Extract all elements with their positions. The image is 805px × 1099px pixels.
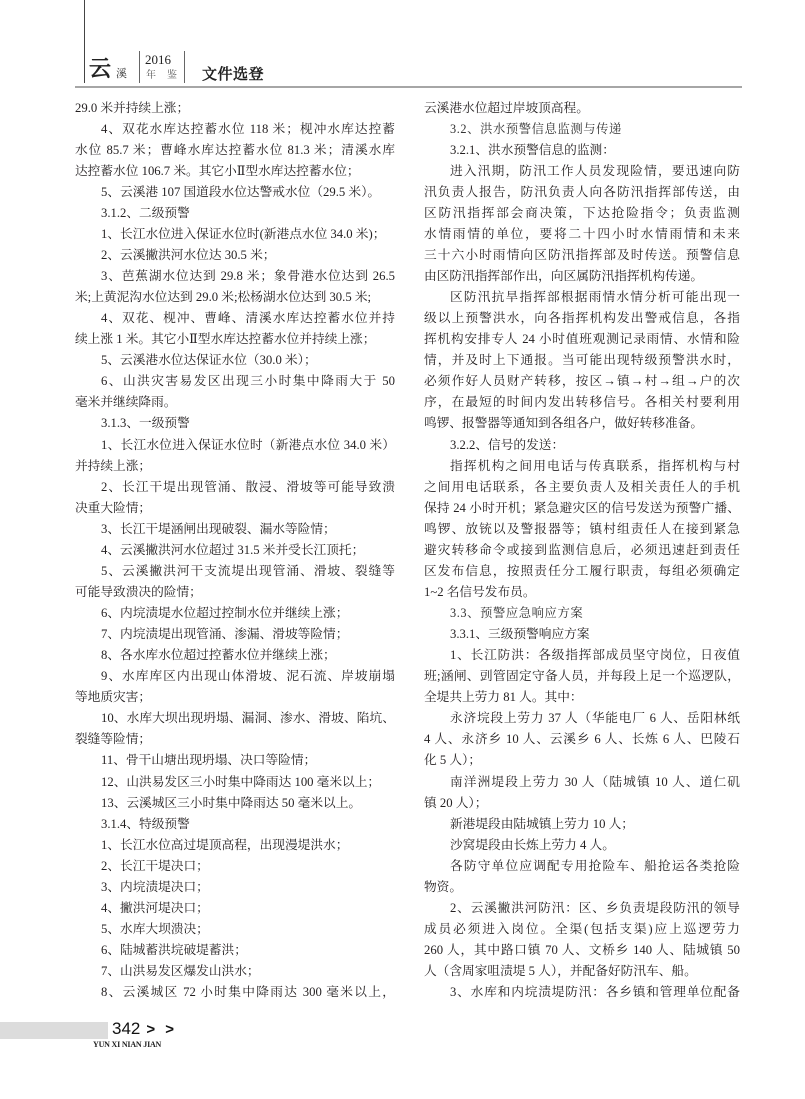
paragraph: 12、山洪易发区三小时集中降雨达 100 毫米以上； <box>75 772 395 793</box>
text-line: 4、双花、枧冲、曹峰、清溪水库达控蓄水位并持 <box>75 308 395 329</box>
text-line: 3.3.1、三级预警响应方案 <box>424 624 740 645</box>
text-line: 3.2、洪水预警信息监测与传递 <box>424 119 740 140</box>
paragraph: 4、双花、枧冲、曹峰、清溪水库达控蓄水位并持续上涨 1 米。其它小Ⅱ型水库达控蓄… <box>75 308 395 350</box>
text-line: 进入汛期，防汛工作人员发现险情，要迅速向防 <box>424 161 740 182</box>
text-line: 1、长江防洪：各级指挥部成员坚守岗位，日夜值 <box>424 645 740 666</box>
text-line: 全堤共上劳力 81 人。其中： <box>424 687 740 708</box>
paragraph: 4、双花水库达控蓄水位 118 米；枧冲水库达控蓄水位 85.7 米；曹峰水库达… <box>75 119 395 182</box>
paragraph: 3、内垸渍堤决口； <box>75 877 395 898</box>
section-heading: 3.3、预警应急响应方案 <box>424 603 740 624</box>
text-line: 4、云溪撇洪河水位超过 31.5 米并受长江顶托； <box>75 540 395 561</box>
paragraph: 沙窝堤段由长炼上劳力 4 人。 <box>424 835 740 856</box>
text-line: 3、长江干堤涵闸出现破裂、漏水等险情； <box>75 519 395 540</box>
paragraph: 南洋洲堤段上劳力 30 人（陆城镇 10 人、道仁矶镇 20 人）； <box>424 772 740 814</box>
text-line: 6、山洪灾害易发区出现三小时集中降雨大于 50 <box>75 371 395 392</box>
header-divider <box>139 51 140 83</box>
text-line: 物资。 <box>424 877 740 898</box>
text-line: 毫米并继续降雨。 <box>75 392 395 413</box>
text-line: 5、云溪港 107 国道段水位达警戒水位（29.5 米）。 <box>75 182 395 203</box>
paragraph: 11、骨干山塘出现坍塌、决口等险情； <box>75 750 395 771</box>
text-line: 2、长江干堤决口； <box>75 856 395 877</box>
paragraph: 1、长江防洪：各级指挥部成员坚守岗位，日夜值班;涵闸、剅管固定守备人员，并每段上… <box>424 645 740 708</box>
subsection-heading: 3.2.2、信号的发送： <box>424 435 740 456</box>
text-line: 保持 24 小时开机；紧急避灾区的信号发送为预警广播、 <box>424 498 740 519</box>
paragraph: 区防汛抗旱指挥部根据雨情水情分析可能出现一级以上预警洪水，向各指挥机构发出警戒信… <box>424 287 740 434</box>
paragraph: 新港堤段由陆城镇上劳力 10 人； <box>424 814 740 835</box>
text-line: 避灾转移命令或接到监测信息后，必须迅速赶到责任 <box>424 540 740 561</box>
text-line: 7、内垸渍堤出现管涌、渗漏、滑坡等险情； <box>75 624 395 645</box>
yearbook-label: 年 鉴 <box>146 71 177 81</box>
paragraph: 2、长江干堤决口； <box>75 856 395 877</box>
paragraph: 7、内垸渍堤出现管涌、渗漏、滑坡等险情； <box>75 624 395 645</box>
paragraph: 8、云溪城区 72 小时集中降雨达 300 毫米以上， <box>75 982 395 1003</box>
publication-pinyin: YUN XI NIAN JIAN <box>93 1041 161 1049</box>
page-folio: 342 > > <box>112 1020 177 1037</box>
text-line: 成员必须进入岗位。全渠(包括支渠)应上巡逻劳力 <box>424 919 740 940</box>
text-line: 必须作好人员财产转移，按区→镇→村→组→户的次 <box>424 371 740 392</box>
text-line: 8、云溪城区 72 小时集中降雨达 300 毫米以上， <box>75 982 395 1003</box>
text-line: 3、内垸渍堤决口； <box>75 877 395 898</box>
text-line: 裂缝等险情； <box>75 729 395 750</box>
page-number: 342 <box>112 1020 140 1037</box>
paragraph: 云溪港水位超过岸坡顶高程。 <box>424 98 740 119</box>
text-line: 2、云溪撇洪河水位达 30.5 米； <box>75 245 395 266</box>
subsection-heading: 3.1.4、特级预警 <box>75 814 395 835</box>
text-line: 3、芭蕉湖水位达到 29.8 米；象骨港水位达到 26.5 <box>75 266 395 287</box>
text-line: 级以上预警洪水，向各指挥机构发出警戒信息，各指 <box>424 308 740 329</box>
paragraph: 9、水库库区内出现山体滑坡、泥石流、岸坡崩塌等地质灾害； <box>75 666 395 708</box>
subsection-heading: 3.1.3、一级预警 <box>75 413 395 434</box>
text-line: 汛负责人报告，防汛负责人向各防汛指挥部传送，由 <box>424 182 740 203</box>
text-line: 水情雨情的单位，要将二十四小时水情雨情和未来 <box>424 224 740 245</box>
paragraph: 3、水库和内垸渍堤防汛：各乡镇和管理单位配备 <box>424 982 740 1003</box>
paragraph: 2、长江干堤出现管涌、散浸、滑坡等可能导致溃决重大险情； <box>75 477 395 519</box>
text-line: 5、云溪撇洪河干支流堤出现管涌、滑坡、裂缝等 <box>75 561 395 582</box>
paragraph: 进入汛期，防汛工作人员发现险情，要迅速向防汛负责人报告，防汛负责人向各防汛指挥部… <box>424 161 740 287</box>
text-line: 4 人、永济乡 10 人、云溪乡 6 人、长炼 6 人、巴陵石 <box>424 729 740 750</box>
text-line: 1、长江水位进入保证水位时（新港点水位 34.0 米） <box>75 435 395 456</box>
text-line: 3.2.2、信号的发送： <box>424 435 740 456</box>
text-line: 4、撇洪河堤决口； <box>75 898 395 919</box>
text-line: 情，并及时上下通报。当可能出现特级预警洪水时， <box>424 350 740 371</box>
footer-bar <box>0 1022 108 1039</box>
text-line: 由区防汛指挥部作出，向区属防汛指挥机构传递。 <box>424 266 740 287</box>
text-line: 化 5 人）； <box>424 750 740 771</box>
paragraph: 7、山洪易发区爆发山洪水； <box>75 961 395 982</box>
paragraph: 1、长江水位进入保证水位时(新港点水位 34.0 米)； <box>75 224 395 245</box>
yearbook-year: 2016 <box>145 53 171 66</box>
text-line: 2、长江干堤出现管涌、散浸、滑坡等可能导致溃 <box>75 477 395 498</box>
text-line: 10、水库大坝出现坍塌、漏洞、渗水、滑坡、陷坑、 <box>75 708 395 729</box>
subsection-heading: 3.3.1、三级预警响应方案 <box>424 624 740 645</box>
text-line: 4、双花水库达控蓄水位 118 米；枧冲水库达控蓄 <box>75 119 395 140</box>
text-line: 沙窝堤段由长炼上劳力 4 人。 <box>424 835 740 856</box>
text-line: 各防守单位应调配专用抢险车、船抢运各类抢险 <box>424 856 740 877</box>
text-line: 3.3、预警应急响应方案 <box>424 603 740 624</box>
section-heading: 3.2、洪水预警信息监测与传递 <box>424 119 740 140</box>
subsection-heading: 3.1.2、二级预警 <box>75 203 395 224</box>
text-line: 1、长江水位高过堤顶高程，出现漫堤洪水； <box>75 835 395 856</box>
text-line: 8、各水库水位超过控蓄水位并继续上涨； <box>75 645 395 666</box>
text-line: 7、山洪易发区爆发山洪水； <box>75 961 395 982</box>
paragraph: 3、长江干堤涵闸出现破裂、漏水等险情； <box>75 519 395 540</box>
text-line: 29.0 米并持续上涨； <box>75 98 395 119</box>
paragraph: 指挥机构之间用电话与传真联系，指挥机构与村之间用电话联系，各主要负责人及相关责任… <box>424 456 740 603</box>
paragraph: 1、长江水位进入保证水位时（新港点水位 34.0 米）并持续上涨； <box>75 435 395 477</box>
text-line: 等地质灾害； <box>75 687 395 708</box>
text-line: 新港堤段由陆城镇上劳力 10 人； <box>424 814 740 835</box>
text-line: 9、水库库区内出现山体滑坡、泥石流、岸坡崩塌 <box>75 666 395 687</box>
text-line: 3.2.1、洪水预警信息的监测： <box>424 140 740 161</box>
paragraph: 29.0 米并持续上涨； <box>75 98 395 119</box>
text-line: 3.1.2、二级预警 <box>75 203 395 224</box>
left-column: 29.0 米并持续上涨；4、双花水库达控蓄水位 118 米；枧冲水库达控蓄水位 … <box>75 98 395 1004</box>
paragraph: 2、云溪撇洪河水位达 30.5 米； <box>75 245 395 266</box>
paragraph: 5、水库大坝溃决； <box>75 919 395 940</box>
text-line: 班;涵闸、剅管固定守备人员，并每段上足一个巡逻队， <box>424 666 740 687</box>
text-line: 续上涨 1 米。其它小Ⅱ型水库达控蓄水位并持续上涨； <box>75 329 395 350</box>
logo-sub-char: 溪 <box>116 69 127 80</box>
paragraph: 3、芭蕉湖水位达到 29.8 米；象骨港水位达到 26.5米;上黄泥沟水位达到 … <box>75 266 395 308</box>
text-line: 鸣锣、放铳以及警报器等；镇村组责任人在接到紧急 <box>424 519 740 540</box>
text-line: 达控蓄水位 106.7 米。其它小Ⅱ型水库达控蓄水位； <box>75 161 395 182</box>
paragraph: 4、云溪撇洪河水位超过 31.5 米并受长江顶托； <box>75 540 395 561</box>
text-line: 三十六小时雨情向区防汛指挥部及时传送。预警信息 <box>424 245 740 266</box>
header-vertical-rule <box>84 0 85 83</box>
paragraph: 6、山洪灾害易发区出现三小时集中降雨大于 50毫米并继续降雨。 <box>75 371 395 413</box>
section-title: 文件选登 <box>202 67 264 82</box>
paragraph: 8、各水库水位超过控蓄水位并继续上涨； <box>75 645 395 666</box>
text-line: 水位 85.7 米；曹峰水库达控蓄水位 81.3 米；清溪水库 <box>75 140 395 161</box>
text-line: 指挥机构之间用电话与传真联系，指挥机构与村 <box>424 456 740 477</box>
text-line: 镇 20 人）； <box>424 793 740 814</box>
paragraph: 4、撇洪河堤决口； <box>75 898 395 919</box>
text-line: 260 人，其中路口镇 70 人、文桥乡 140 人、陆城镇 50 <box>424 940 740 961</box>
text-line: 人（含周家咀渍堤 5 人），并配备好防汛车、船。 <box>424 961 740 982</box>
paragraph: 5、云溪港水位达保证水位（30.0 米）； <box>75 350 395 371</box>
text-line: 决重大险情； <box>75 498 395 519</box>
text-line: 序，在最短的时间内发出转移信号。各相关村要利用 <box>424 392 740 413</box>
text-line: 可能导致溃决的险情； <box>75 582 395 603</box>
text-line: 3、水库和内垸渍堤防汛：各乡镇和管理单位配备 <box>424 982 740 1003</box>
text-line: 5、水库大坝溃决； <box>75 919 395 940</box>
paragraph: 6、内垸渍堤水位超过控制水位并继续上涨； <box>75 603 395 624</box>
subsection-heading: 3.2.1、洪水预警信息的监测： <box>424 140 740 161</box>
text-line: 米;上黄泥沟水位达到 29.0 米;松杨湖水位达到 30.5 米; <box>75 287 395 308</box>
text-line: 12、山洪易发区三小时集中降雨达 100 毫米以上； <box>75 772 395 793</box>
text-line: 鸣锣、报警器等通知到各组各户，做好转移准备。 <box>424 413 740 434</box>
text-line: 13、云溪城区三小时集中降雨达 50 毫米以上。 <box>75 793 395 814</box>
paragraph: 永济垸段上劳力 37 人（华能电厂 6 人、岳阳林纸4 人、永济乡 10 人、云… <box>424 708 740 771</box>
paragraph: 13、云溪城区三小时集中降雨达 50 毫米以上。 <box>75 793 395 814</box>
right-column: 云溪港水位超过岸坡顶高程。3.2、洪水预警信息监测与传递3.2.1、洪水预警信息… <box>424 98 740 1004</box>
text-line: 区发布信息，按照责任分工履行职责，每组必须确定 <box>424 561 740 582</box>
header-divider <box>184 51 185 83</box>
text-line: 区防汛抗旱指挥部根据雨情水情分析可能出现一 <box>424 287 740 308</box>
text-line: 云溪港水位超过岸坡顶高程。 <box>424 98 740 119</box>
text-line: 1、长江水位进入保证水位时(新港点水位 34.0 米)； <box>75 224 395 245</box>
text-line: 5、云溪港水位达保证水位（30.0 米）； <box>75 350 395 371</box>
text-line: 3.1.4、特级预警 <box>75 814 395 835</box>
text-line: 3.1.3、一级预警 <box>75 413 395 434</box>
text-line: 6、陆城蓄洪垸破堤蓄洪； <box>75 940 395 961</box>
text-line: 并持续上涨； <box>75 456 395 477</box>
paragraph: 5、云溪撇洪河干支流堤出现管涌、滑坡、裂缝等可能导致溃决的险情； <box>75 561 395 603</box>
paragraph: 1、长江水位高过堤顶高程，出现漫堤洪水； <box>75 835 395 856</box>
text-line: 11、骨干山塘出现坍塌、决口等险情； <box>75 750 395 771</box>
text-line: 南洋洲堤段上劳力 30 人（陆城镇 10 人、道仁矶 <box>424 772 740 793</box>
text-line: 区防汛指挥部会商决策，下达抢险指令；负责监测 <box>424 203 740 224</box>
next-arrows-icon: > > <box>146 1022 177 1037</box>
text-line: 之间用电话联系，各主要负责人及相关责任人的手机 <box>424 477 740 498</box>
paragraph: 2、云溪撇洪河防汛：区、乡负责堤段防汛的领导成员必须进入岗位。全渠(包括支渠)应… <box>424 898 740 982</box>
logo-main-char: 云 <box>89 58 111 80</box>
paragraph: 10、水库大坝出现坍塌、漏洞、渗水、滑坡、陷坑、裂缝等险情； <box>75 708 395 750</box>
paragraph: 各防守单位应调配专用抢险车、船抢运各类抢险物资。 <box>424 856 740 898</box>
paragraph: 5、云溪港 107 国道段水位达警戒水位（29.5 米）。 <box>75 182 395 203</box>
paragraph: 6、陆城蓄洪垸破堤蓄洪； <box>75 940 395 961</box>
text-line: 6、内垸渍堤水位超过控制水位并继续上涨； <box>75 603 395 624</box>
text-line: 挥机构安排专人 24 小时值班观测记录雨情、水情和险 <box>424 329 740 350</box>
text-line: 永济垸段上劳力 37 人（华能电厂 6 人、岳阳林纸 <box>424 708 740 729</box>
header-rule <box>75 86 742 88</box>
text-line: 2、云溪撇洪河防汛：区、乡负责堤段防汛的领导 <box>424 898 740 919</box>
text-line: 1~2 名信号发布员。 <box>424 582 740 603</box>
